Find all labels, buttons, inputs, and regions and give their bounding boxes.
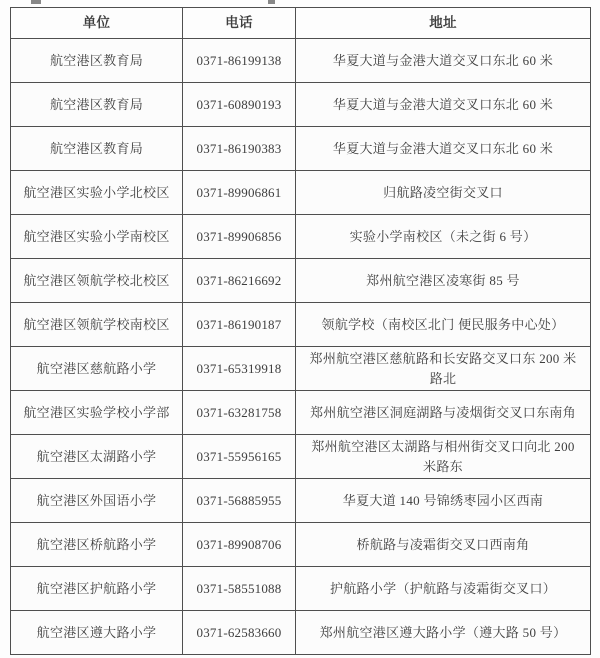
address-cell: 华夏大道 140 号锦绣枣园小区西南 bbox=[296, 479, 591, 523]
phone-cell: 0371-63281758 bbox=[183, 391, 296, 435]
address-cell: 郑州航空港区慈航路和长安路交叉口东 200 米路北 bbox=[296, 347, 591, 391]
col-header-phone: 电话 bbox=[183, 8, 296, 39]
table-row: 航空港区实验小学北校区0371-89906861归航路凌空街交叉口 bbox=[11, 171, 591, 215]
unit-cell: 航空港区教育局 bbox=[11, 39, 183, 83]
phone-cell: 0371-86190383 bbox=[183, 127, 296, 171]
address-cell: 郑州航空港区遵大路小学（遵大路 50 号） bbox=[296, 611, 591, 655]
phone-cell: 0371-89906861 bbox=[183, 171, 296, 215]
phone-cell: 0371-86216692 bbox=[183, 259, 296, 303]
table-header: 单位 电话 地址 bbox=[11, 8, 591, 39]
unit-cell: 航空港区外国语小学 bbox=[11, 479, 183, 523]
phone-cell: 0371-86190187 bbox=[183, 303, 296, 347]
table-row: 航空港区外国语小学0371-56885955华夏大道 140 号锦绣枣园小区西南 bbox=[11, 479, 591, 523]
unit-cell: 航空港区教育局 bbox=[11, 127, 183, 171]
unit-cell: 航空港区实验小学北校区 bbox=[11, 171, 183, 215]
table-row: 航空港区教育局0371-86199138华夏大道与金港大道交叉口东北 60 米 bbox=[11, 39, 591, 83]
unit-cell: 航空港区太湖路小学 bbox=[11, 435, 183, 479]
table-row: 航空港区实验小学南校区0371-89906856实验小学南校区（未之街 6 号） bbox=[11, 215, 591, 259]
address-cell: 郑州航空港区太湖路与相州街交叉口向北 200 米路东 bbox=[296, 435, 591, 479]
address-cell: 实验小学南校区（未之街 6 号） bbox=[296, 215, 591, 259]
table-row: 航空港区教育局0371-86190383华夏大道与金港大道交叉口东北 60 米 bbox=[11, 127, 591, 171]
table-row: 航空港区太湖路小学0371-55956165郑州航空港区太湖路与相州街交叉口向北… bbox=[11, 435, 591, 479]
col-header-address: 地址 bbox=[296, 8, 591, 39]
table-row: 航空港区桥航路小学0371-89908706桥航路与凌霜街交叉口西南角 bbox=[11, 523, 591, 567]
unit-cell: 航空港区实验小学南校区 bbox=[11, 215, 183, 259]
crop-artifact bbox=[268, 0, 275, 4]
col-header-unit: 单位 bbox=[11, 8, 183, 39]
phone-cell: 0371-60890193 bbox=[183, 83, 296, 127]
address-cell: 领航学校（南校区北门 便民服务中心处） bbox=[296, 303, 591, 347]
table-row: 航空港区领航学校南校区0371-86190187领航学校（南校区北门 便民服务中… bbox=[11, 303, 591, 347]
address-cell: 归航路凌空街交叉口 bbox=[296, 171, 591, 215]
page: 单位 电话 地址 航空港区教育局0371-86199138华夏大道与金港大道交叉… bbox=[0, 0, 600, 658]
units-phone-address-table: 单位 电话 地址 航空港区教育局0371-86199138华夏大道与金港大道交叉… bbox=[10, 7, 591, 655]
phone-cell: 0371-58551088 bbox=[183, 567, 296, 611]
table-body: 航空港区教育局0371-86199138华夏大道与金港大道交叉口东北 60 米航… bbox=[11, 39, 591, 655]
address-cell: 华夏大道与金港大道交叉口东北 60 米 bbox=[296, 83, 591, 127]
table-row: 航空港区教育局0371-60890193华夏大道与金港大道交叉口东北 60 米 bbox=[11, 83, 591, 127]
unit-cell: 航空港区护航路小学 bbox=[11, 567, 183, 611]
table-row: 航空港区领航学校北校区0371-86216692郑州航空港区凌寒街 85 号 bbox=[11, 259, 591, 303]
phone-cell: 0371-62583660 bbox=[183, 611, 296, 655]
unit-cell: 航空港区实验学校小学部 bbox=[11, 391, 183, 435]
address-cell: 桥航路与凌霜街交叉口西南角 bbox=[296, 523, 591, 567]
header-row: 单位 电话 地址 bbox=[11, 8, 591, 39]
unit-cell: 航空港区领航学校北校区 bbox=[11, 259, 183, 303]
unit-cell: 航空港区桥航路小学 bbox=[11, 523, 183, 567]
phone-cell: 0371-86199138 bbox=[183, 39, 296, 83]
phone-cell: 0371-65319918 bbox=[183, 347, 296, 391]
phone-cell: 0371-89908706 bbox=[183, 523, 296, 567]
address-cell: 郑州航空港区洞庭湖路与凌烟街交叉口东南角 bbox=[296, 391, 591, 435]
unit-cell: 航空港区领航学校南校区 bbox=[11, 303, 183, 347]
table-row: 航空港区实验学校小学部0371-63281758郑州航空港区洞庭湖路与凌烟街交叉… bbox=[11, 391, 591, 435]
table-row: 航空港区慈航路小学0371-65319918郑州航空港区慈航路和长安路交叉口东 … bbox=[11, 347, 591, 391]
unit-cell: 航空港区慈航路小学 bbox=[11, 347, 183, 391]
address-cell: 华夏大道与金港大道交叉口东北 60 米 bbox=[296, 127, 591, 171]
phone-cell: 0371-56885955 bbox=[183, 479, 296, 523]
crop-artifact bbox=[31, 0, 41, 4]
address-cell: 护航路小学（护航路与凌霜街交叉口） bbox=[296, 567, 591, 611]
unit-cell: 航空港区教育局 bbox=[11, 83, 183, 127]
unit-cell: 航空港区遵大路小学 bbox=[11, 611, 183, 655]
address-cell: 华夏大道与金港大道交叉口东北 60 米 bbox=[296, 39, 591, 83]
table-row: 航空港区遵大路小学0371-62583660郑州航空港区遵大路小学（遵大路 50… bbox=[11, 611, 591, 655]
address-cell: 郑州航空港区凌寒街 85 号 bbox=[296, 259, 591, 303]
table-row: 航空港区护航路小学0371-58551088护航路小学（护航路与凌霜街交叉口） bbox=[11, 567, 591, 611]
phone-cell: 0371-55956165 bbox=[183, 435, 296, 479]
phone-cell: 0371-89906856 bbox=[183, 215, 296, 259]
